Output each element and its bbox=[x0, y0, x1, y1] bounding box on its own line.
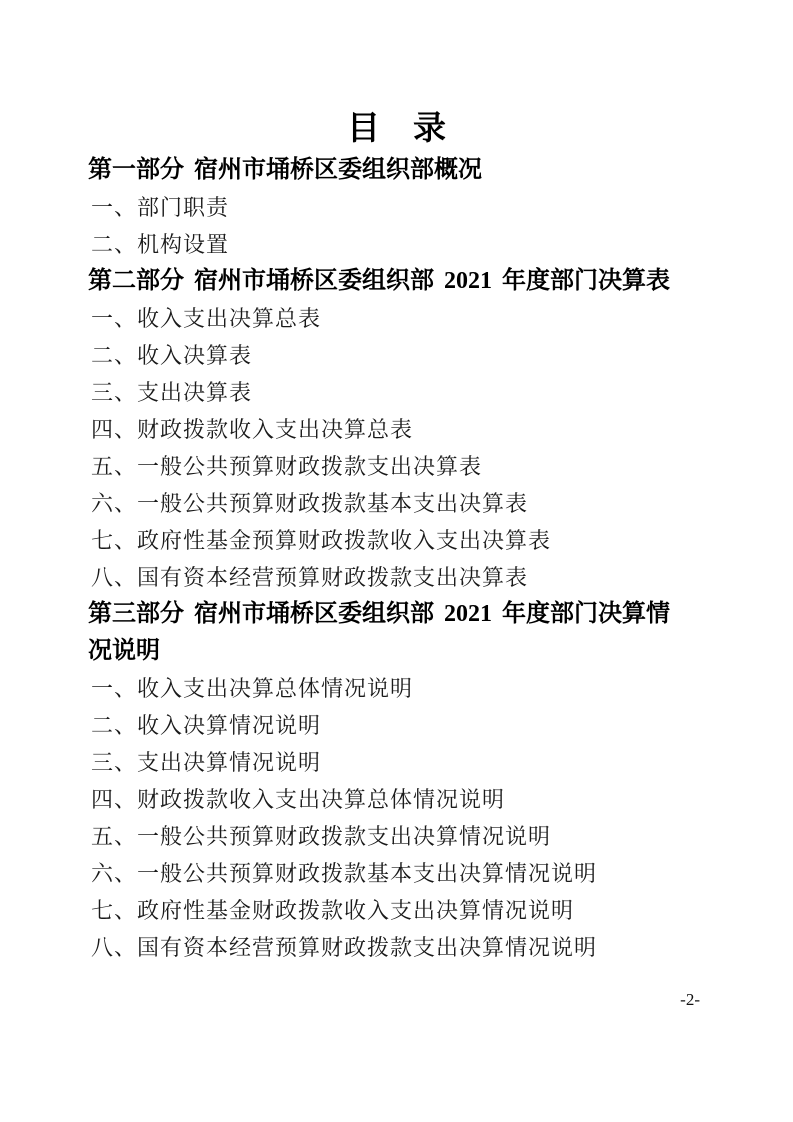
toc-section-3-item-7: 七、政府性基金财政拨款收入支出决算情况说明 bbox=[88, 892, 700, 929]
toc-section-3-item-6: 六、一般公共预算财政拨款基本支出决算情况说明 bbox=[88, 855, 700, 892]
toc-section-2-item-8: 八、国有资本经营预算财政拨款支出决算表 bbox=[88, 559, 700, 596]
toc-section-2-item-6: 六、一般公共预算财政拨款基本支出决算表 bbox=[88, 485, 700, 522]
toc-section-1-item-1: 一、部门职责 bbox=[88, 189, 700, 226]
toc-section-3-item-3: 三、支出决算情况说明 bbox=[88, 744, 700, 781]
toc-section-3-item-8: 八、国有资本经营预算财政拨款支出决算情况说明 bbox=[88, 929, 700, 966]
toc-section-2-item-3: 三、支出决算表 bbox=[88, 374, 700, 411]
toc-section-3-item-5: 五、一般公共预算财政拨款支出决算情况说明 bbox=[88, 818, 700, 855]
toc-section-2-item-5: 五、一般公共预算财政拨款支出决算表 bbox=[88, 448, 700, 485]
toc-list: 第一部分 宿州市埇桥区委组织部概况一、部门职责二、机构设置第二部分 宿州市埇桥区… bbox=[88, 152, 700, 966]
toc-section-1-item-2: 二、机构设置 bbox=[88, 226, 700, 263]
toc-section-2-item-1: 一、收入支出决算总表 bbox=[88, 300, 700, 337]
document-page: 目 录 第一部分 宿州市埇桥区委组织部概况一、部门职责二、机构设置第二部分 宿州… bbox=[0, 0, 793, 1122]
toc-section-2-heading: 第二部分 宿州市埇桥区委组织部 2021 年度部门决算表 bbox=[88, 263, 678, 300]
toc-section-2-item-2: 二、收入决算表 bbox=[88, 337, 700, 374]
page-number: -2- bbox=[680, 990, 700, 1010]
document-title: 目 录 bbox=[0, 108, 793, 150]
toc-section-2-item-4: 四、财政拨款收入支出决算总表 bbox=[88, 411, 700, 448]
toc-section-3-heading: 第三部分 宿州市埇桥区委组织部 2021 年度部门决算情况说明 bbox=[88, 596, 678, 670]
toc-section-3-item-4: 四、财政拨款收入支出决算总体情况说明 bbox=[88, 781, 700, 818]
toc-section-1-heading: 第一部分 宿州市埇桥区委组织部概况 bbox=[88, 152, 678, 189]
toc-section-2-item-7: 七、政府性基金预算财政拨款收入支出决算表 bbox=[88, 522, 700, 559]
toc-section-3-item-2: 二、收入决算情况说明 bbox=[88, 707, 700, 744]
toc-section-3-item-1: 一、收入支出决算总体情况说明 bbox=[88, 670, 700, 707]
